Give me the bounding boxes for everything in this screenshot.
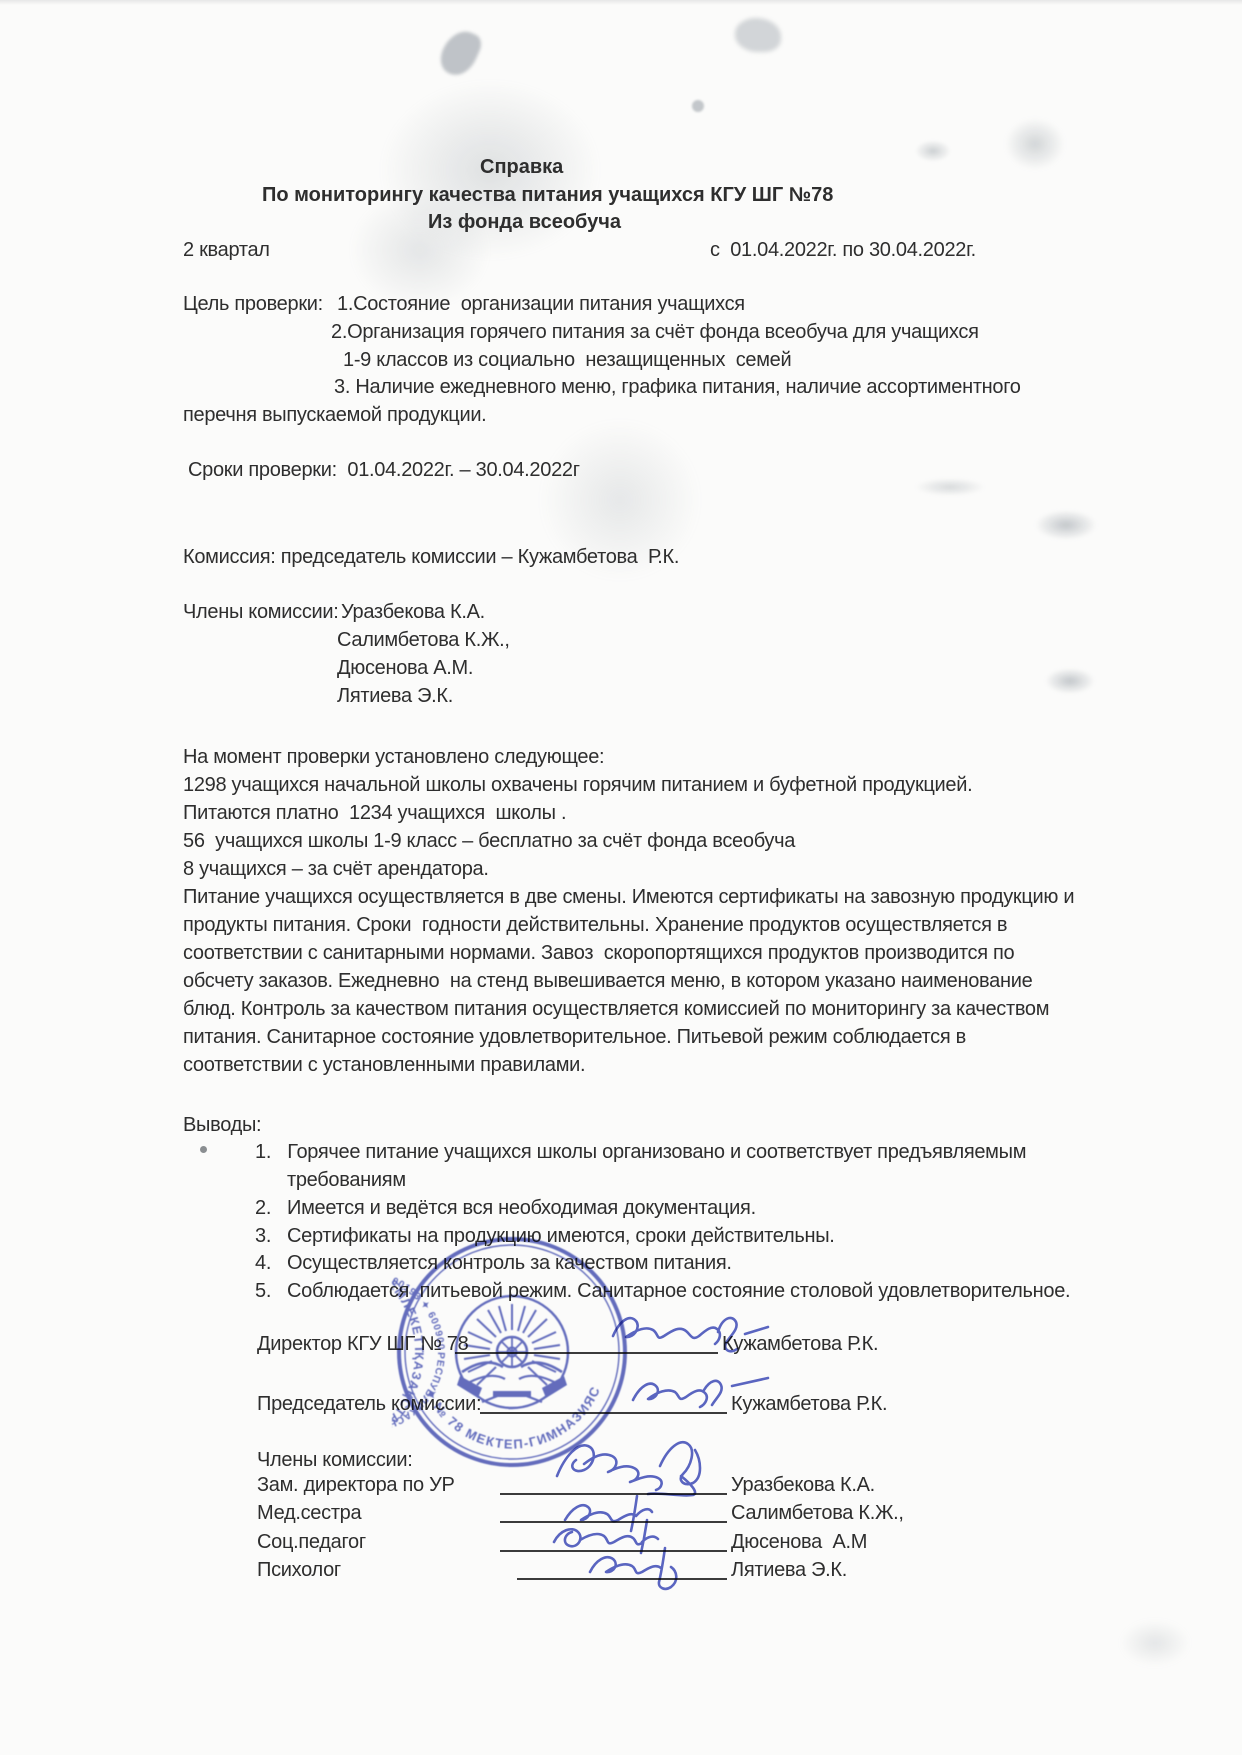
findings-line: Питание учащихся осуществляется в две см… xyxy=(183,883,1074,911)
member-role-label: Мед.сестра xyxy=(257,1499,361,1527)
goal-item-1: 1.Состояние организации питания учащихся xyxy=(337,290,745,318)
goal-item-2: 2.Организация горячего питания за счёт ф… xyxy=(331,318,979,346)
date-range: с 01.04.2022г. по 30.04.2022г. xyxy=(710,236,976,264)
conclusion-item-cont: требованиям xyxy=(287,1166,406,1194)
social-teacher-signature xyxy=(554,1520,658,1553)
findings-line: 8 учащихся – за счёт арендатора. xyxy=(183,855,1074,883)
member-role-label: Зам. директора по УР xyxy=(257,1471,455,1499)
findings-line: соответствии с установленными правилами. xyxy=(183,1051,1074,1079)
scan-smudge xyxy=(1120,1620,1190,1666)
member-role-label: Психолог xyxy=(257,1556,341,1584)
findings-line: продукты питания. Сроки годности действи… xyxy=(183,911,1074,939)
doc-title: Справка xyxy=(480,153,563,181)
commission-member-3: Дюсенова А.М. xyxy=(337,654,473,682)
member-role-label: Соц.педагог xyxy=(257,1528,366,1556)
conclusion-number: 5. xyxy=(255,1277,271,1305)
conclusion-item: Горячее питание учащихся школы организов… xyxy=(282,1138,1026,1166)
deputy-director-signature xyxy=(557,1442,700,1495)
conclusions-label: Выводы: xyxy=(183,1111,261,1139)
scan-smudge xyxy=(1035,510,1097,540)
goal-label: Цель проверки: xyxy=(183,290,323,318)
scanned-document-page: Справка По мониторингу качества питания … xyxy=(0,0,1242,1755)
commission-member-2: Салимбетова К.Ж., xyxy=(337,626,510,654)
conclusion-number: 2. xyxy=(255,1194,271,1222)
scan-smudge xyxy=(435,25,485,81)
nurse-signature xyxy=(565,1496,652,1531)
goal-item-2-cont: 1-9 классов из социально незащищенных се… xyxy=(343,346,791,374)
findings-line: 1298 учащихся начальной школы охвачены г… xyxy=(183,771,1074,799)
scan-smudge xyxy=(915,140,951,162)
scan-smudge xyxy=(1005,118,1065,170)
findings-line: блюд. Контроль за качеством питания осущ… xyxy=(183,995,1074,1023)
handwritten-signatures xyxy=(450,1280,800,1600)
commission-chair-line: Комиссия: председатель комиссии – Кужамб… xyxy=(183,543,679,571)
doc-subtitle-2: Из фонда всеобуча xyxy=(428,208,621,236)
conclusion-number: 4. xyxy=(255,1249,271,1277)
findings-line: На момент проверки установлено следующее… xyxy=(183,743,1074,771)
director-signature xyxy=(613,1318,768,1351)
psychologist-signature xyxy=(590,1548,676,1589)
conclusion-number: 3. xyxy=(255,1222,271,1250)
quarter-label: 2 квартал xyxy=(183,236,270,264)
conclusion-item: Имеется и ведётся вся необходимая докуме… xyxy=(287,1194,756,1222)
chair-signature xyxy=(633,1378,768,1407)
scan-smudge xyxy=(200,1146,207,1153)
goal-item-3-cont: перечня выпускаемой продукции. xyxy=(183,401,486,429)
findings-paragraph: На момент проверки установлено следующее… xyxy=(183,743,1074,1079)
findings-line: обсчету заказов. Ежедневно на стенд выве… xyxy=(183,967,1074,995)
scan-smudge xyxy=(1045,668,1095,694)
scan-smudge xyxy=(692,100,704,112)
goal-item-3: 3. Наличие ежедневного меню, графика пит… xyxy=(334,373,1021,401)
scan-smudge xyxy=(735,18,781,52)
doc-subtitle: По мониторингу качества питания учащихся… xyxy=(262,181,833,209)
findings-line: Питаются платно 1234 учащихся школы . xyxy=(183,799,1074,827)
inspection-terms: Сроки проверки: 01.04.2022г. – 30.04.202… xyxy=(188,456,580,484)
commission-members-label: Члены комиссии: xyxy=(183,598,339,626)
members-signatures-label: Члены комиссии: xyxy=(257,1446,413,1474)
scan-smudge xyxy=(915,478,985,496)
conclusion-number: 1. xyxy=(255,1138,271,1166)
commission-member-4: Лятиева Э.К. xyxy=(337,682,453,710)
commission-member-1: Уразбекова К.А. xyxy=(341,598,485,626)
findings-line: соответствии с санитарными нормами. Заво… xyxy=(183,939,1074,967)
findings-line: питания. Санитарное состояние удовлетвор… xyxy=(183,1023,1074,1051)
findings-line: 56 учащихся школы 1-9 класс – бесплатно … xyxy=(183,827,1074,855)
